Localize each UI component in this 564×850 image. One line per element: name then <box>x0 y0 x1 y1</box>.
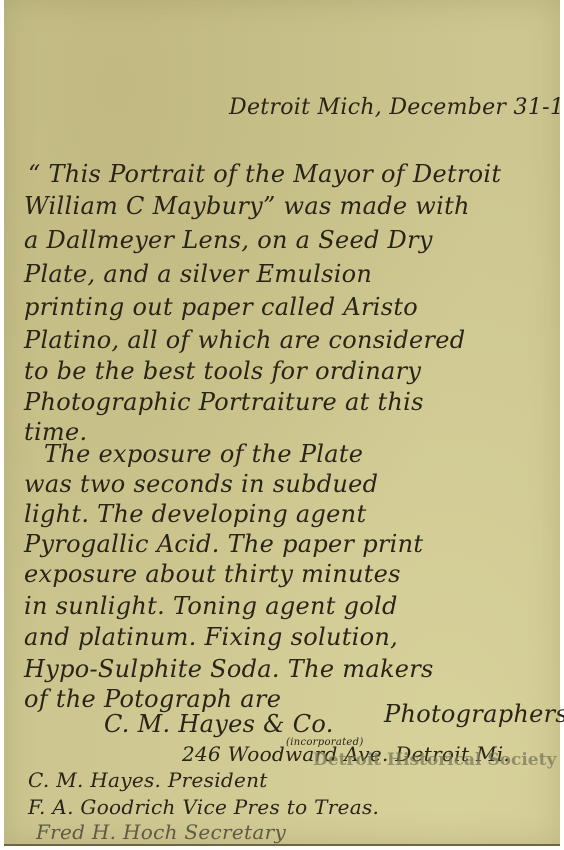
body-line: Photographic Portraiture at this <box>24 388 424 416</box>
body-line: was two seconds in subdued <box>24 470 378 498</box>
company-name: C. M. Hayes & Co. <box>104 710 334 738</box>
body-line: Platino, all of which are considered <box>24 326 465 354</box>
body-line: “ This Portrait of the Mayor of Detroit <box>28 160 501 188</box>
dateline: Detroit Mich, December 31-190_ <box>229 95 564 120</box>
letter-paper: Detroit Mich, December 31-190_ “ This Po… <box>4 0 560 846</box>
body-line: in sunlight. Toning agent gold <box>24 592 398 620</box>
signature-secretary: Fred H. Hoch Secretary <box>36 820 286 844</box>
signature-vice-president: F. A. Goodrich Vice Pres to Treas. <box>28 795 379 819</box>
body-line: William C Maybury” was made with <box>24 192 470 220</box>
company-descriptor: Photographers. <box>384 700 564 728</box>
watermark: Detroit Historical Society <box>313 750 556 770</box>
body-line: Hypo-Sulphite Soda. The makers <box>24 655 434 683</box>
body-line: exposure about thirty minutes <box>24 560 401 588</box>
body-line: The exposure of the Plate <box>44 440 363 468</box>
body-line: Plate, and a silver Emulsion <box>24 260 372 288</box>
body-line: a Dallmeyer Lens, on a Seed Dry <box>24 226 433 254</box>
body-line: to be the best tools for ordinary <box>24 357 421 385</box>
body-line: printing out paper called Aristo <box>24 293 418 321</box>
body-line: light. The developing agent <box>24 500 366 528</box>
signature-president: C. M. Hayes. President <box>28 768 268 792</box>
body-line: and platinum. Fixing solution, <box>24 623 398 651</box>
body-line: of the Potograph are <box>24 685 281 713</box>
body-line: Pyrogallic Acid. The paper print <box>24 530 423 558</box>
